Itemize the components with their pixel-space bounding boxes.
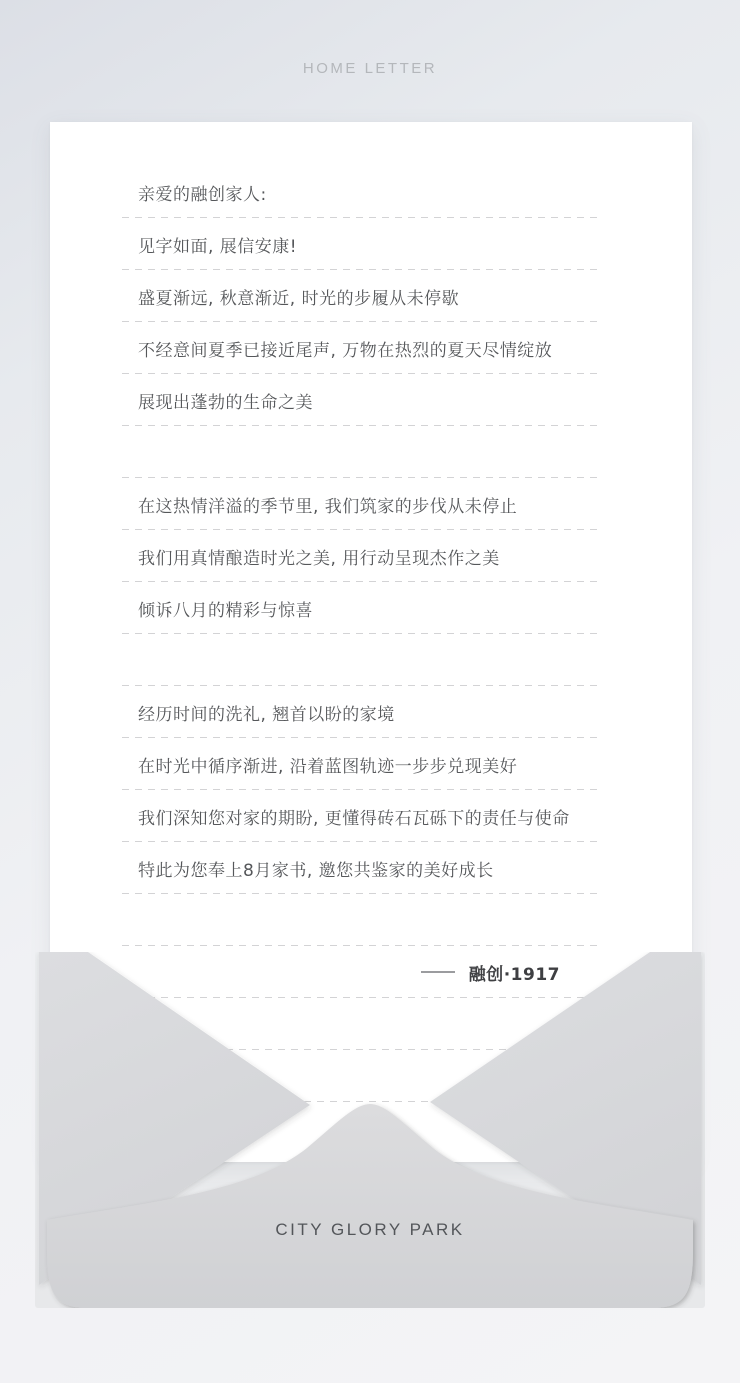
- letter-line-row: 经历时间的洗礼, 翘首以盼的家境: [50, 686, 692, 738]
- letter-line-text: 我们用真情酿造时光之美, 用行动呈现杰作之美: [138, 544, 500, 569]
- empty-ruled-row: [50, 894, 692, 946]
- letter-line-row: 盛夏渐远, 秋意渐近, 时光的步履从未停歇: [50, 270, 692, 322]
- envelope-brand-text: CITY GLORY PARK: [35, 1220, 705, 1240]
- empty-ruled-row: [50, 634, 692, 686]
- letter-line-row: 亲爱的融创家人:: [50, 166, 692, 218]
- letter-line-text: 我们深知您对家的期盼, 更懂得砖石瓦砾下的责任与使命: [138, 804, 570, 829]
- empty-ruled-row: [50, 426, 692, 478]
- letter-line-row: 倾诉八月的精彩与惊喜: [50, 582, 692, 634]
- letter-line-text: 亲爱的融创家人:: [138, 180, 267, 205]
- letter-line-text: 在这热情洋溢的季节里, 我们筑家的步伐从未停止: [138, 492, 517, 517]
- letter-line-text: 展现出蓬勃的生命之美: [138, 388, 313, 413]
- letter-line-row: 展现出蓬勃的生命之美: [50, 374, 692, 426]
- letter-line-row: 我们深知您对家的期盼, 更懂得砖石瓦砾下的责任与使命: [50, 790, 692, 842]
- letter-line-row: 特此为您奉上8月家书, 邀您共鉴家的美好成长: [50, 842, 692, 894]
- letter-line-text: 不经意间夏季已接近尾声, 万物在热烈的夏天尽情绽放: [138, 336, 552, 361]
- letter-line-row: 在时光中循序渐进, 沿着蓝图轨迹一步步兑现美好: [50, 738, 692, 790]
- envelope-front: [35, 952, 705, 1308]
- letter-line-row: 见字如面, 展信安康!: [50, 218, 692, 270]
- letter-line-row: 不经意间夏季已接近尾声, 万物在热烈的夏天尽情绽放: [50, 322, 692, 374]
- letter-line-text: 盛夏渐远, 秋意渐近, 时光的步履从未停歇: [138, 284, 459, 309]
- letter-line-text: 在时光中循序渐进, 沿着蓝图轨迹一步步兑现美好: [138, 752, 517, 777]
- letter-line-text: 倾诉八月的精彩与惊喜: [138, 596, 313, 621]
- letter-line-text: 经历时间的洗礼, 翘首以盼的家境: [138, 700, 395, 725]
- page-title: HOME LETTER: [0, 60, 740, 77]
- home-letter-poster: { "header": { "title": "HOME LETTER" }, …: [0, 0, 740, 1383]
- letter-line-text: 见字如面, 展信安康!: [138, 232, 297, 257]
- letter-line-row: 我们用真情酿造时光之美, 用行动呈现杰作之美: [50, 530, 692, 582]
- letter-line-text: 特此为您奉上8月家书, 邀您共鉴家的美好成长: [138, 856, 494, 881]
- letter-line-row: 在这热情洋溢的季节里, 我们筑家的步伐从未停止: [50, 478, 692, 530]
